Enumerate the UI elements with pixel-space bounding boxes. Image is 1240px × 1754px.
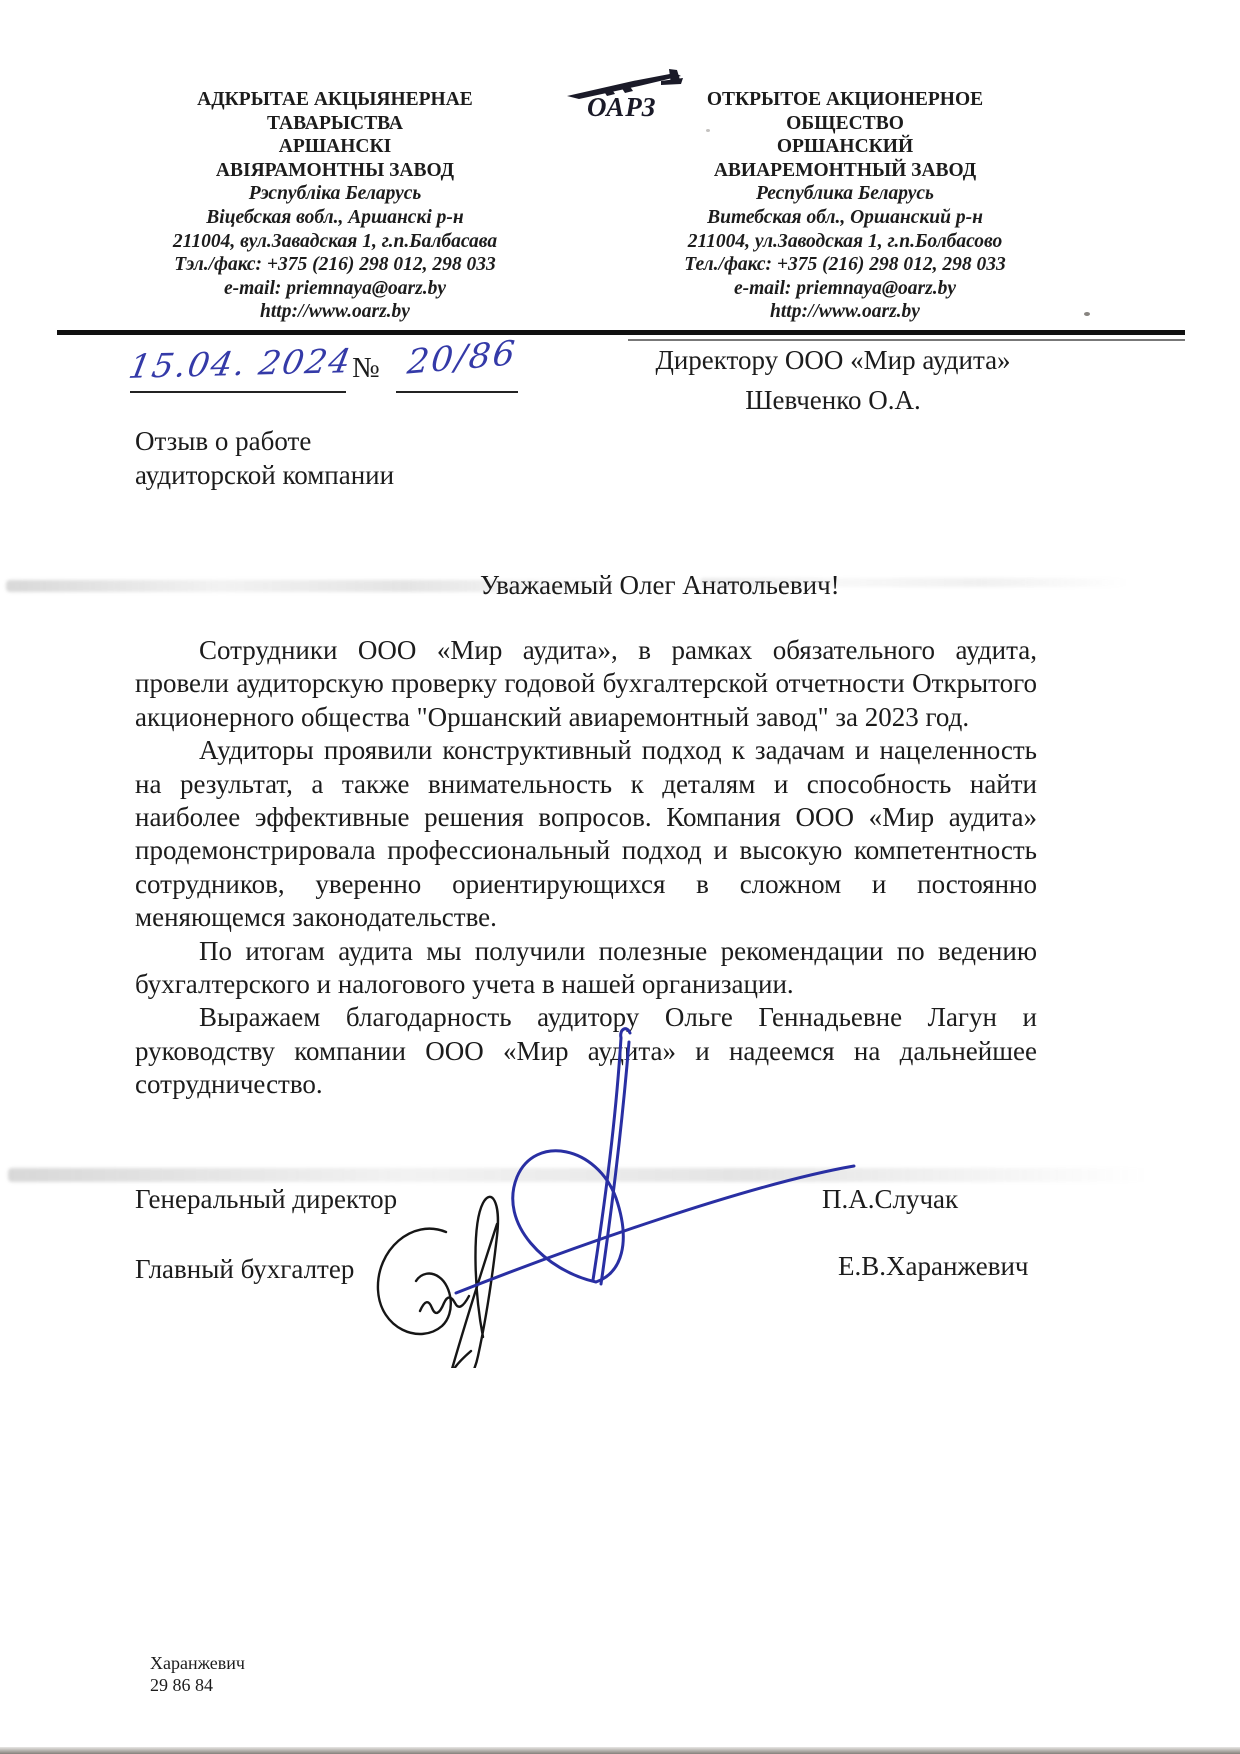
org-address-by: 211004, вул.Завадская 1, г.п.Балбасава — [125, 230, 545, 254]
date-handwritten: 15.04. 2024 — [126, 341, 356, 386]
org-website-ru: http://www.oarz.by — [645, 300, 1045, 324]
org-email-ru: e-mail: priemnaya@oarz.by — [645, 277, 1045, 301]
scan-bottom-edge — [0, 1747, 1240, 1754]
org-name-ru-line: АВИАРЕМОНТНЫЙ ЗАВОД — [645, 159, 1045, 183]
signature-title-accountant: Главный бухгалтер — [135, 1254, 354, 1285]
footer-executor: Харанжевич — [150, 1652, 245, 1674]
org-region-by: Віцебская вобл., Аршанскі р-н — [125, 206, 545, 230]
subject-block: Отзыв о работе аудиторской компании — [135, 424, 394, 492]
ink-signatures — [350, 1018, 880, 1368]
subject-line: аудиторской компании — [135, 458, 394, 492]
org-region-ru: Витебская обл., Оршанский р-н — [645, 206, 1045, 230]
letterhead-right-column: ОТКРЫТОЕ АКЦИОНЕРНОЕ ОБЩЕСТВО ОРШАНСКИЙ … — [645, 88, 1045, 324]
doc-number-underline — [396, 391, 518, 393]
scanned-letter-page: АДКРЫТАЕ АКЦЫЯНЕРНАЕ ТАВАРЫСТВА АРШАНСКІ… — [0, 0, 1240, 1754]
org-name-by-line: АВІЯРАМОНТНЫ ЗАВОД — [125, 159, 545, 183]
org-name-by-line: ТАВАРЫСТВА — [125, 112, 545, 136]
addressee-block: Директору ООО «Мир аудита» Шевченко О.А. — [648, 340, 1018, 420]
org-name-by-line: АРШАНСКІ — [125, 135, 545, 159]
org-email-by: e-mail: priemnaya@oarz.by — [125, 277, 545, 301]
doc-number-sign: № — [352, 352, 380, 385]
scan-speck — [706, 129, 710, 132]
org-phone-by: Тэл./факс: +375 (216) 298 012, 298 033 — [125, 253, 545, 277]
footer-phone: 29 86 84 — [150, 1674, 245, 1696]
body-paragraph: По итогам аудита мы получили полезные ре… — [135, 935, 1037, 1002]
addressee-name: Шевченко О.А. — [648, 380, 1018, 420]
salutation: Уважаемый Олег Анатольевич! — [480, 570, 840, 601]
org-name-ru-line: ОБЩЕСТВО — [645, 112, 1045, 136]
letterhead-divider-rule — [57, 330, 1185, 335]
body-paragraph: Сотрудники ООО «Мир аудита», в рамках об… — [135, 634, 1037, 734]
date-underline — [130, 391, 346, 393]
blue-signature-stroke — [456, 1029, 854, 1293]
org-name-ru-line: ОРШАНСКИЙ — [645, 135, 1045, 159]
org-address-ru: 211004, ул.Заводская 1, г.п.Болбасово — [645, 230, 1045, 254]
footer-block: Харанжевич 29 86 84 — [150, 1652, 245, 1696]
org-name-by-line: АДКРЫТАЕ АКЦЫЯНЕРНАЕ — [125, 88, 545, 112]
org-phone-ru: Тел./факс: +375 (216) 298 012, 298 033 — [645, 253, 1045, 277]
addressee-title: Директору ООО «Мир аудита» — [648, 340, 1018, 380]
org-country-ru: Республика Беларусь — [645, 182, 1045, 206]
subject-line: Отзыв о работе — [135, 424, 394, 458]
doc-number-handwritten: 20/86 — [406, 333, 519, 382]
org-name-ru-line: ОТКРЫТОЕ АКЦИОНЕРНОЕ — [645, 88, 1045, 112]
body-paragraph: Аудиторы проявили конструктивный подход … — [135, 734, 1037, 934]
org-country-by: Рэспубліка Беларусь — [125, 182, 545, 206]
org-website-by: http://www.oarz.by — [125, 300, 545, 324]
scan-speck — [1084, 312, 1090, 316]
letterhead-left-column: АДКРЫТАЕ АКЦЫЯНЕРНАЕ ТАВАРЫСТВА АРШАНСКІ… — [125, 88, 545, 324]
